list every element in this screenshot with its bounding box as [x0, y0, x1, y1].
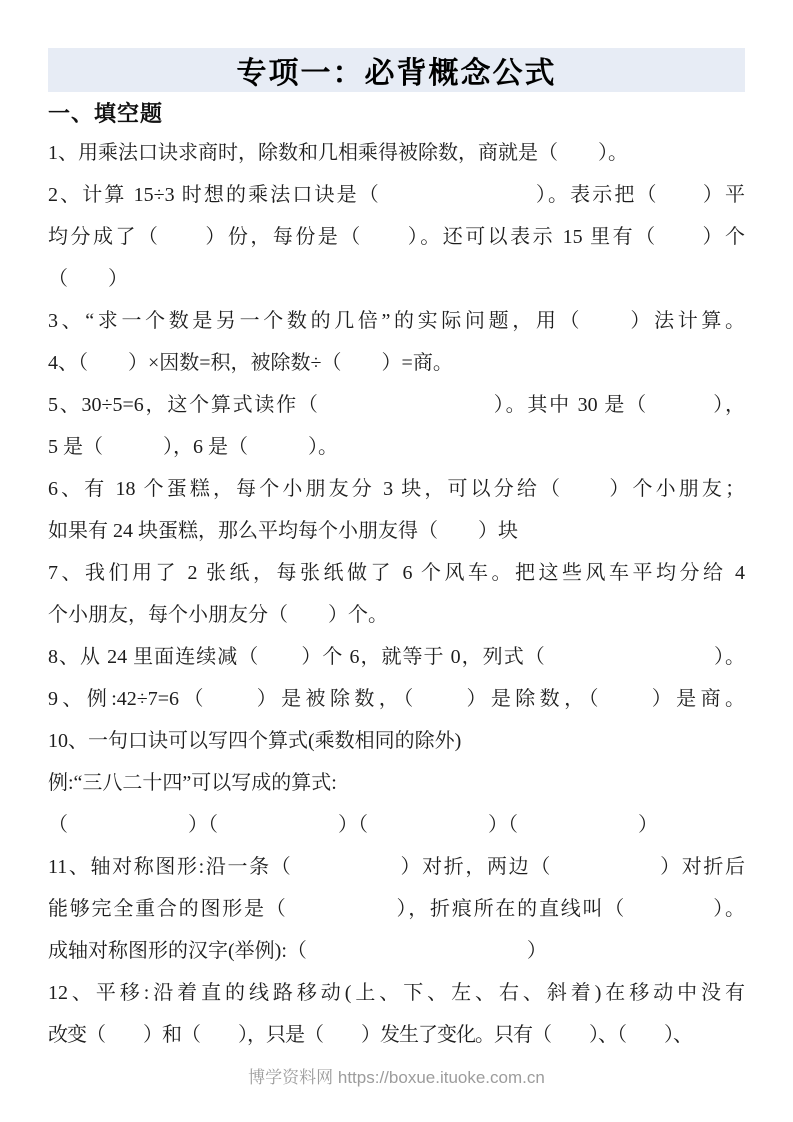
question-2-line-1: 2、计算 15÷3 时想的乘法口诀是（ ）。表示把（ ）平 — [48, 174, 745, 216]
question-11-line-2: 能够完全重合的图形是（ ），折痕所在的直线叫（ ）。 — [48, 888, 745, 930]
question-10-line-1: 10、一句口诀可以写四个算式(乘数相同的除外) — [48, 720, 745, 762]
page-title: 专项一：必背概念公式 — [237, 48, 557, 92]
question-12-line-2: 改变（ ）和（ ），只是（ ）发生了变化。只有（ ）、（ ）、 — [48, 1014, 745, 1056]
question-1-line: 1、用乘法口诀求商时，除数和几相乘得被除数，商就是（ ）。 — [48, 132, 745, 174]
title-banner: 专项一：必背概念公式 — [48, 48, 745, 92]
question-5-line-2: 5 是（ ），6 是（ ）。 — [48, 426, 745, 468]
questions-area: 1、用乘法口诀求商时，除数和几相乘得被除数，商就是（ ）。 2、计算 15÷3 … — [48, 132, 745, 1056]
question-6-line-2: 如果有 24 块蛋糕，那么平均每个小朋友得（ ）块 — [48, 510, 745, 552]
question-9-line: 9、例:42÷7=6（ ）是被除数，（ ）是除数，（ ）是商。 — [48, 678, 745, 720]
question-12-line-1: 12、平移:沿着直的线路移动(上、下、左、右、斜着)在移动中没有 — [48, 972, 745, 1014]
question-7-line-1: 7、我们用了 2 张纸，每张纸做了 6 个风车。把这些风车平均分给 4 — [48, 552, 745, 594]
question-7-line-2: 个小朋友，每个小朋友分（ ）个。 — [48, 594, 745, 636]
question-11-line-1: 11、轴对称图形:沿一条（ ）对折，两边（ ）对折后 — [48, 846, 745, 888]
worksheet-page: 专项一：必背概念公式 一、填空题 1、用乘法口诀求商时，除数和几相乘得被除数，商… — [0, 0, 793, 1122]
question-4-line: 4、（ ）×因数=积，被除数÷（ ）=商。 — [48, 342, 745, 384]
footer-watermark: 博学资料网 https://boxue.ituoke.com.cn — [0, 1066, 793, 1090]
question-5-line-1: 5、30÷5=6，这个算式读作（ ）。其中 30 是（ ）， — [48, 384, 745, 426]
question-2-line-3: （ ） — [48, 258, 745, 300]
question-3-line: 3、“求一个数是另一个数的几倍”的实际问题，用（ ）法计算。 — [48, 300, 745, 342]
question-6-line-1: 6、有 18 个蛋糕，每个小朋友分 3 块，可以分给（ ）个小朋友； — [48, 468, 745, 510]
footer-site-text: 博学资料网 https://boxue.ituoke.com.cn — [248, 1068, 545, 1087]
question-11-line-3: 成轴对称图形的汉字(举例):（ ） — [48, 930, 745, 972]
question-8-line: 8、从 24 里面连续减（ ）个 6，就等于 0，列式（ ）。 — [48, 636, 745, 678]
question-2-line-2: 均分成了（ ）份，每份是（ ）。还可以表示 15 里有（ ）个 — [48, 216, 745, 258]
question-10-line-2: 例:“三八二十四”可以写成的算式: — [48, 762, 745, 804]
question-10-blanks-row: （ ）（ ）（ ）（ ） — [48, 804, 745, 846]
section-heading: 一、填空题 — [48, 97, 163, 128]
